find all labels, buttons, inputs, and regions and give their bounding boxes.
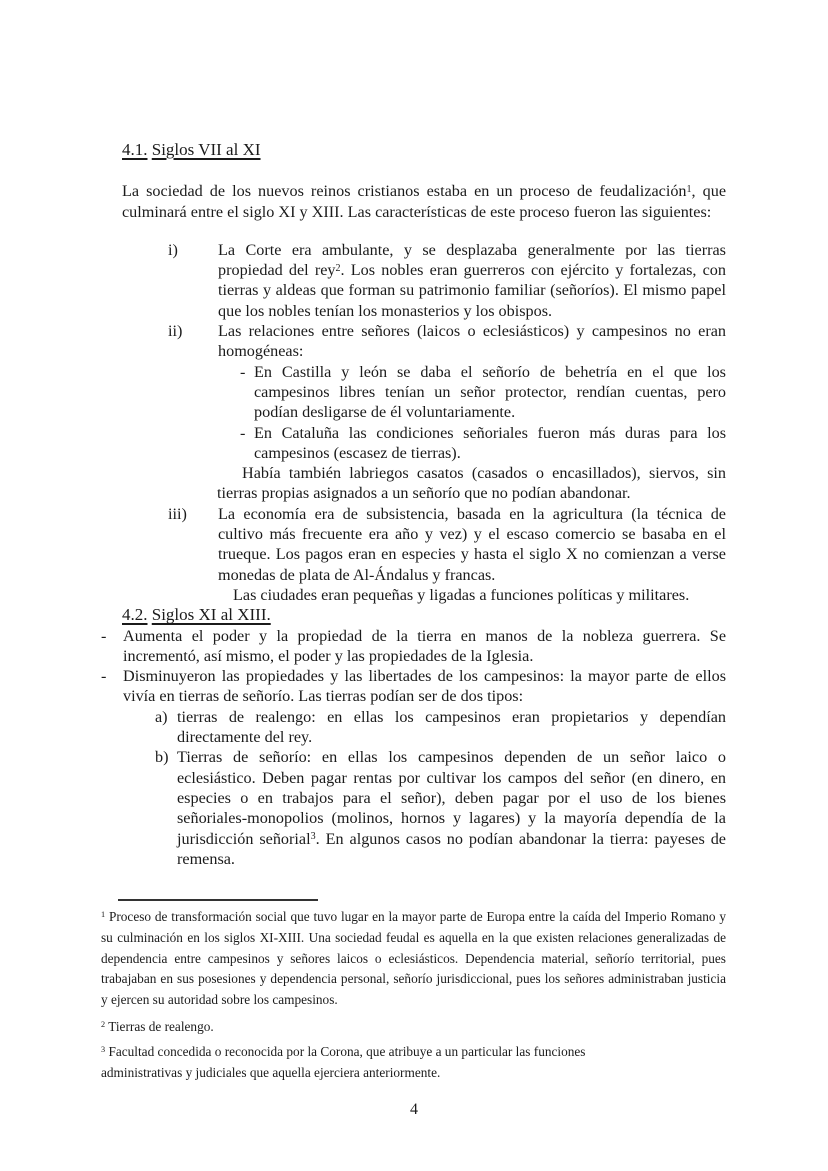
section-heading-4-2: 4.2. Siglos XI al XIII. <box>122 605 726 625</box>
list-item-b-marker: b) <box>155 747 177 869</box>
sub-bullet-castilla: - En Castilla y león se daba el señorío … <box>240 362 726 423</box>
page-body: 4.1. Siglos VII al XI La sociedad de los… <box>122 140 726 869</box>
section-number: 4.2. <box>122 605 148 624</box>
roman-list: i) La Corte era ambulante, y se desplaza… <box>122 240 726 605</box>
footnote-separator <box>118 899 318 901</box>
footnote-3-text-line1: Facultad concedida o reconocida por la C… <box>105 1044 585 1059</box>
list-item-i-text: La Corte era ambulante, y se desplazaba … <box>218 240 726 321</box>
list-item-ii-marker: ii) <box>122 321 218 362</box>
dash-marker: - <box>240 423 254 464</box>
section-number: 4.1. <box>122 140 148 159</box>
footnote-1: 1 Proceso de transformación social que t… <box>101 907 726 1011</box>
section-heading-4-1: 4.1. Siglos VII al XI <box>122 140 726 160</box>
list-item-b-text: Tierras de señorío: en ellas los campesi… <box>177 747 726 869</box>
section-title: Siglos XI al XIII. <box>152 605 271 624</box>
paragraph-habia: Había también labriegos casatos (casados… <box>217 463 726 504</box>
intro-paragraph: La sociedad de los nuevos reinos cristia… <box>122 181 726 222</box>
sub-bullet-cataluna-text: En Cataluña las condiciones señoriales f… <box>254 423 726 464</box>
footnote-ref-1: 1 <box>687 184 692 195</box>
list-item-iii-marker: iii) <box>122 504 218 585</box>
footnote-1-text: Proceso de transformación social que tuv… <box>101 909 726 1007</box>
intro-text-pre: La sociedad de los nuevos reinos cristia… <box>122 182 687 200</box>
list-item-a: a) tierras de realengo: en ellas los cam… <box>155 707 726 748</box>
list-item-iii-text: La economía era de subsistencia, basada … <box>218 504 726 585</box>
footnote-3-text-line2: administrativas y judiciales que aquella… <box>101 1063 726 1084</box>
list-item-i: i) La Corte era ambulante, y se desplaza… <box>122 240 726 321</box>
document-page: 4.1. Siglos VII al XI La sociedad de los… <box>0 0 828 1171</box>
list-item-b: b) Tierras de señorío: en ellas los camp… <box>155 747 726 869</box>
list-item-a-marker: a) <box>155 707 177 748</box>
footnote-ref-2: 2 <box>336 263 341 274</box>
footnote-2: 2 Tierras de realengo. <box>101 1017 726 1038</box>
list-item-i-marker: i) <box>122 240 218 321</box>
section-title: Siglos VII al XI <box>152 140 261 159</box>
list-item-ii: ii) Las relaciones entre señores (laicos… <box>122 321 726 362</box>
page-number: 4 <box>0 1101 828 1119</box>
dash-marker: - <box>101 666 123 707</box>
sub-bullet-cataluna: - En Cataluña las condiciones señoriales… <box>240 423 726 464</box>
list-item-ii-text: Las relaciones entre señores (laicos o e… <box>218 321 726 362</box>
footnote-2-marker: 2 <box>101 1020 105 1029</box>
footnote-3: 3 Facultad concedida o reconocida por la… <box>101 1042 726 1084</box>
footnote-1-marker: 1 <box>101 910 105 919</box>
bullet-disminuyeron: - Disminuyeron las propiedades y las lib… <box>101 666 726 707</box>
footnote-3-marker: 3 <box>101 1045 105 1054</box>
bullet-aumenta: - Aumenta el poder y la propiedad de la … <box>101 626 726 667</box>
dash-marker: - <box>101 626 123 667</box>
sub-bullet-castilla-text: En Castilla y león se daba el señorío de… <box>254 362 726 423</box>
list-item-iii: iii) La economía era de subsistencia, ba… <box>122 504 726 585</box>
dash-marker: - <box>240 362 254 423</box>
bullet-disminuyeron-text: Disminuyeron las propiedades y las liber… <box>123 666 726 707</box>
bullet-aumenta-text: Aumenta el poder y la propiedad de la ti… <box>123 626 726 667</box>
footnote-2-text: Tierras de realengo. <box>105 1019 214 1034</box>
footnotes-block: 1 Proceso de transformación social que t… <box>101 899 726 1083</box>
list-item-a-text: tierras de realengo: en ellas los campes… <box>177 707 726 748</box>
paragraph-ciudades: Las ciudades eran pequeñas y ligadas a f… <box>218 585 726 605</box>
footnote-ref-3: 3 <box>311 831 316 842</box>
